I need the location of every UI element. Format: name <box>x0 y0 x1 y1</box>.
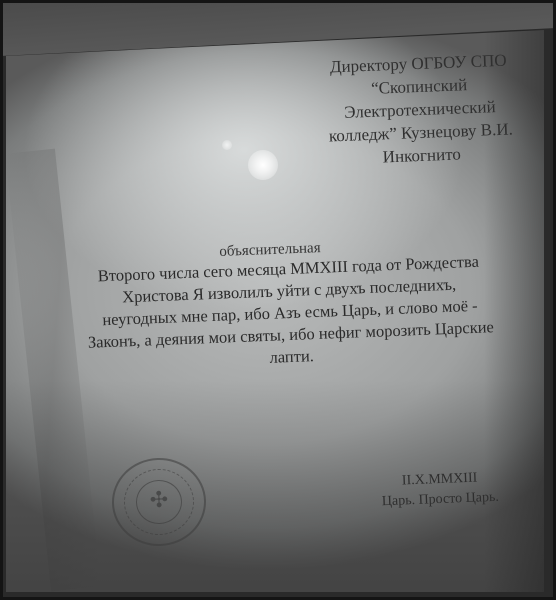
seal-emblem-icon: ✣ <box>114 486 205 514</box>
document-body: Второго числа сего месяца MMXIII года от… <box>38 248 542 377</box>
addressee-block: Директору ОГБОУ СПО “Скопинский Электрот… <box>298 47 542 171</box>
light-glare <box>248 150 278 180</box>
light-glare-small <box>222 140 232 150</box>
signature-block: II.X.MMXIII Царь. Просто Царь. <box>339 466 540 514</box>
document-photo: Директору ОГБОУ СПО “Скопинский Электрот… <box>0 0 556 600</box>
